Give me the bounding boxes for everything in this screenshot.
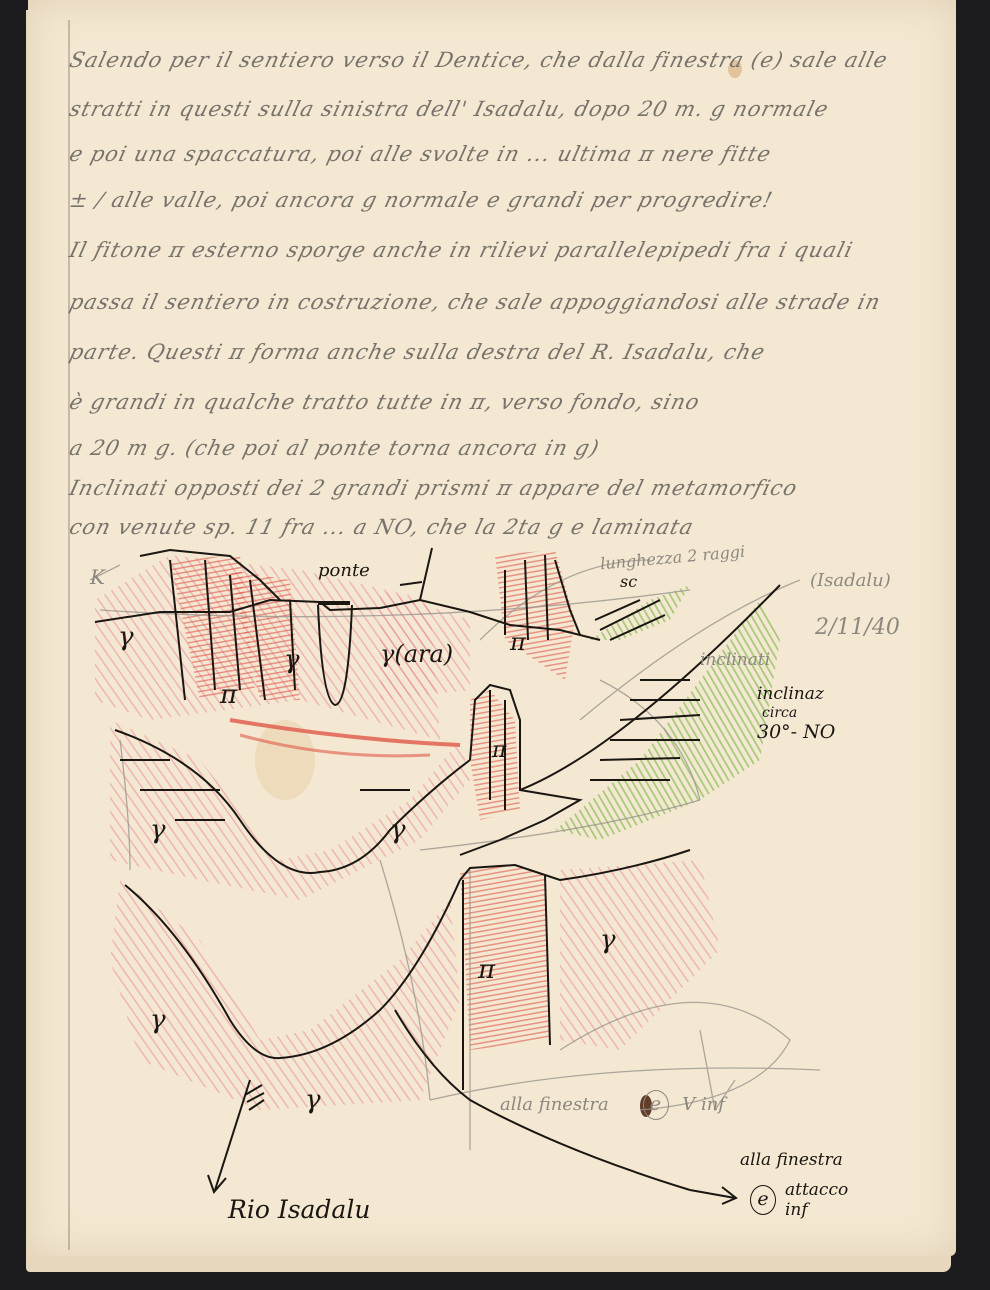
label-gamma: γ bbox=[150, 1005, 166, 1035]
label-window: alla finestra bbox=[740, 1150, 843, 1170]
label-pi: π bbox=[220, 680, 237, 710]
label-gamma: γ bbox=[305, 1085, 321, 1115]
label-gamma-ara: γ(ara) bbox=[380, 640, 453, 668]
label-gamma: γ bbox=[118, 622, 134, 652]
label-inclination: inclinaz circa 30°- NO bbox=[757, 685, 835, 742]
label-river: Rio Isadalu bbox=[228, 1195, 370, 1224]
circled-e-icon: e bbox=[750, 1185, 776, 1215]
label-window-mark: e bbox=[750, 1185, 776, 1215]
circled-e-icon: e bbox=[643, 1090, 669, 1120]
label-gamma: γ bbox=[390, 815, 406, 845]
label-sc: sc bbox=[620, 572, 637, 591]
geological-sketch bbox=[0, 0, 990, 1290]
label-gamma: γ bbox=[150, 815, 166, 845]
label-pi: π bbox=[510, 628, 526, 656]
pencil-k-mark: K bbox=[90, 565, 105, 589]
label-ponte: ponte bbox=[318, 560, 370, 581]
pencil-signature: (Isadalu) bbox=[810, 570, 891, 591]
label-attacco: attacco inf bbox=[785, 1180, 848, 1220]
pencil-label-mid: inclinati bbox=[700, 650, 770, 670]
label-pi: π bbox=[478, 955, 495, 985]
pencil-date: 2/11/40 bbox=[815, 615, 900, 640]
label-gamma: γ bbox=[284, 645, 300, 675]
label-gamma: γ bbox=[600, 925, 616, 955]
pencil-bottom-note: alla finestra e V inf bbox=[500, 1090, 725, 1120]
label-pi: π bbox=[492, 738, 506, 763]
